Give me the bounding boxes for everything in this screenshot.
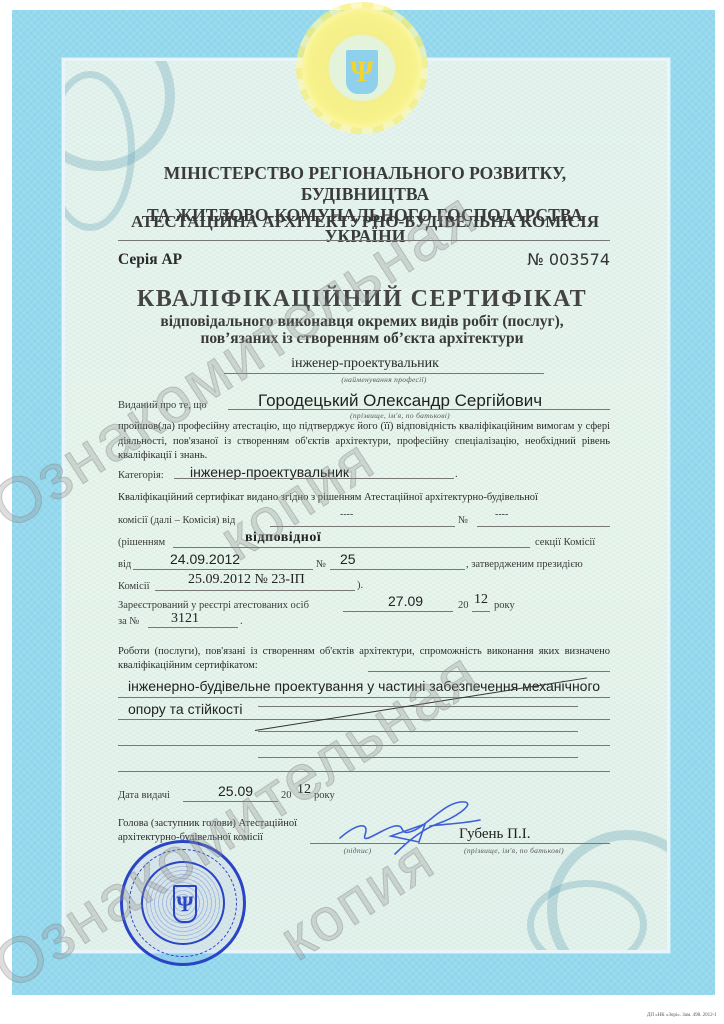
works-underline — [118, 771, 610, 772]
seal-center: Ψ — [141, 861, 225, 945]
registry-no-underline — [148, 627, 238, 628]
certificate-subtitle: відповідального виконавця окремих видів … — [100, 313, 624, 347]
commission-name: АТЕСТАЦІЙНА АРХІТЕКТУРНО-БУДІВЕЛЬНА КОМІ… — [110, 212, 620, 232]
holder-name-caption: (прізвище, ім'я, по батькові) — [300, 411, 500, 420]
section-date-underline — [133, 569, 313, 570]
works-line-2: опору та стійкості — [128, 701, 243, 717]
presidium-label: Комісії — [118, 581, 150, 592]
certificate-number: № 003574 — [527, 250, 610, 269]
subtitle-line-1: відповідального виконавця окремих видів … — [100, 313, 624, 330]
works-underline — [258, 706, 578, 707]
registry-no: 3121 — [171, 611, 199, 627]
registry-date-underline — [343, 611, 453, 612]
attestation-text: пройшов(ла) професійну атестацію, що під… — [118, 420, 610, 464]
profession-underline — [224, 373, 544, 374]
ministry-line-1: МІНІСТЕРСТВО РЕГІОНАЛЬНОГО РОЗВИТКУ, БУД… — [110, 163, 620, 205]
commission-no-underline — [477, 526, 610, 527]
seal-trident-icon: Ψ — [173, 885, 197, 923]
section-date: 24.09.2012 — [170, 551, 240, 567]
category-suffix: . — [455, 468, 458, 480]
issue-year-prefix: 20 — [281, 790, 292, 801]
registry-year-underline — [472, 611, 490, 612]
approved-suffix: , затвердженим президією — [466, 559, 583, 570]
official-seal-icon: Ψ — [120, 840, 246, 966]
registry-no-suffix: . — [240, 616, 243, 627]
certificate-title: КВАЛІФІКАЦІЙНИЙ СЕРТИФІКАТ — [100, 286, 624, 313]
ministry-name: МІНІСТЕРСТВО РЕГІОНАЛЬНОГО РОЗВИТКУ, БУД… — [110, 163, 620, 247]
registry-year: 12 — [474, 592, 488, 608]
printer-imprint: ДП «НК «Зорі». Зам. 498. 2012-І — [647, 1013, 716, 1018]
section-date-label: від — [118, 559, 131, 570]
issue-date-underline — [183, 801, 278, 802]
section-no: 25 — [340, 551, 356, 567]
subtitle-line-2: пов’язаних із створенням об’єкта архітек… — [100, 330, 624, 347]
section-no-underline — [330, 569, 465, 570]
section-label: (рішенням — [118, 537, 165, 548]
section-underline — [173, 547, 530, 548]
category-underline — [174, 478, 454, 479]
works-underline — [258, 757, 578, 758]
commission-date-label: комісії (далі – Комісія) від — [118, 515, 235, 526]
issue-year-suffix: року — [314, 790, 335, 801]
header-divider — [118, 240, 610, 241]
works-underline — [368, 671, 610, 672]
section-value: відповідної — [245, 530, 321, 546]
chair-title-line-1: Голова (заступник голови) Атестаційної — [118, 817, 297, 831]
section-suffix: секції Комісії — [535, 537, 595, 548]
presidium-underline — [155, 590, 355, 591]
chair-title-line-2: архітектурно-будівельної комісії — [118, 831, 297, 845]
commission-date-underline — [270, 526, 455, 527]
series-label: Серія АР — [118, 251, 182, 269]
profession-caption: (найменування професії) — [224, 375, 544, 384]
presidium-value: 25.09.2012 № 23-ІП — [188, 572, 305, 588]
works-underline — [118, 697, 610, 698]
registry-label: Зареєстрований у реєстрі атестованих осі… — [118, 600, 309, 611]
certificate-content: МІНІСТЕРСТВО РЕГІОНАЛЬНОГО РОЗВИТКУ, БУД… — [0, 0, 724, 1024]
issue-year: 12 — [297, 782, 311, 798]
issued-label: Виданий про те, що — [118, 400, 207, 411]
handwritten-signature-icon — [335, 780, 485, 855]
works-underline — [258, 731, 578, 732]
commission-date-value: ---- — [340, 509, 353, 520]
registry-no-label: за № — [118, 616, 139, 627]
works-intro: Роботи (послуги), пов'язані із створення… — [118, 645, 610, 673]
works-underline — [118, 719, 610, 720]
registry-date: 27.09 — [388, 593, 423, 609]
works-underline — [118, 745, 610, 746]
commission-no-label: № — [458, 515, 468, 526]
decision-intro: Кваліфікаційний сертифікат видано згідно… — [118, 492, 610, 503]
registry-year-suffix: року — [494, 600, 515, 611]
issue-date-label: Дата видачі — [118, 790, 170, 801]
registry-year-prefix: 20 — [458, 600, 469, 611]
profession-value: інженер-проектувальник — [225, 356, 505, 372]
chair-title: Голова (заступник голови) Атестаційної а… — [118, 817, 297, 845]
category-label: Категорія: — [118, 470, 164, 481]
holder-name-underline — [228, 409, 610, 410]
commission-no-value: ---- — [495, 509, 508, 520]
section-no-label: № — [316, 559, 326, 570]
issue-date: 25.09 — [218, 783, 253, 799]
holder-name: Городецький Олександр Сергійович — [258, 391, 542, 411]
presidium-suffix: ). — [357, 580, 363, 591]
